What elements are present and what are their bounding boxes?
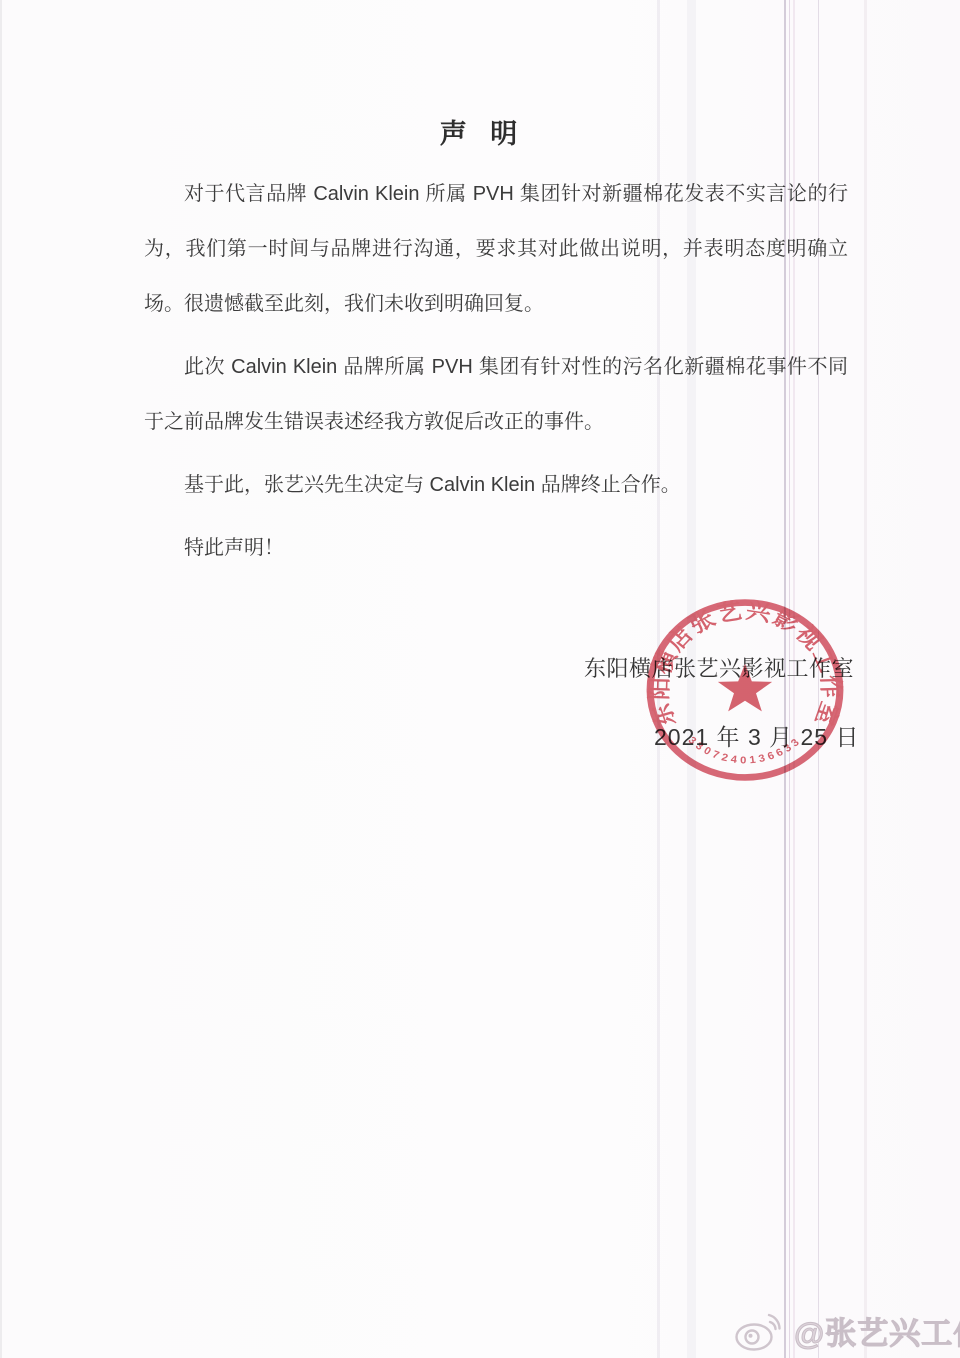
svg-text:东阳横店张艺兴影视工作室: 东阳横店张艺兴影视工作室 (645, 598, 845, 730)
paragraph-4: 特此声明！ (144, 521, 848, 576)
seal-ring-text: 东阳横店张艺兴影视工作室 (645, 598, 845, 730)
scan-artifact-line (864, 0, 867, 1358)
svg-text:3307240136633: 3307240136633 (686, 735, 805, 767)
statement-document: 声 明 对于代言品牌 Calvin Klein 所属 PVH 集团针对新疆棉花发… (0, 0, 960, 1358)
paragraph-2: 此次 Calvin Klein 品牌所属 PVH 集团有针对性的污名化新疆棉花事… (144, 340, 848, 450)
document-title: 声 明 (0, 112, 960, 151)
paragraph-3: 基于此，张艺兴先生决定与 Calvin Klein 品牌终止合作。 (144, 458, 848, 513)
weibo-watermark: @张艺兴工作室 (733, 1308, 960, 1353)
official-seal-stamp: 东阳横店张艺兴影视工作室 3307240136633 (643, 596, 847, 784)
weibo-icon (733, 1309, 787, 1353)
watermark-text: @张艺兴工作室 (794, 1308, 960, 1353)
scan-artifact-line (0, 0, 2, 1358)
document-body: 对于代言品牌 Calvin Klein 所属 PVH 集团针对新疆棉花发表不实言… (144, 167, 848, 584)
seal-serial-number: 3307240136633 (686, 735, 805, 767)
seal-star-icon (718, 664, 772, 712)
paragraph-1: 对于代言品牌 Calvin Klein 所属 PVH 集团针对新疆棉花发表不实言… (144, 167, 848, 332)
